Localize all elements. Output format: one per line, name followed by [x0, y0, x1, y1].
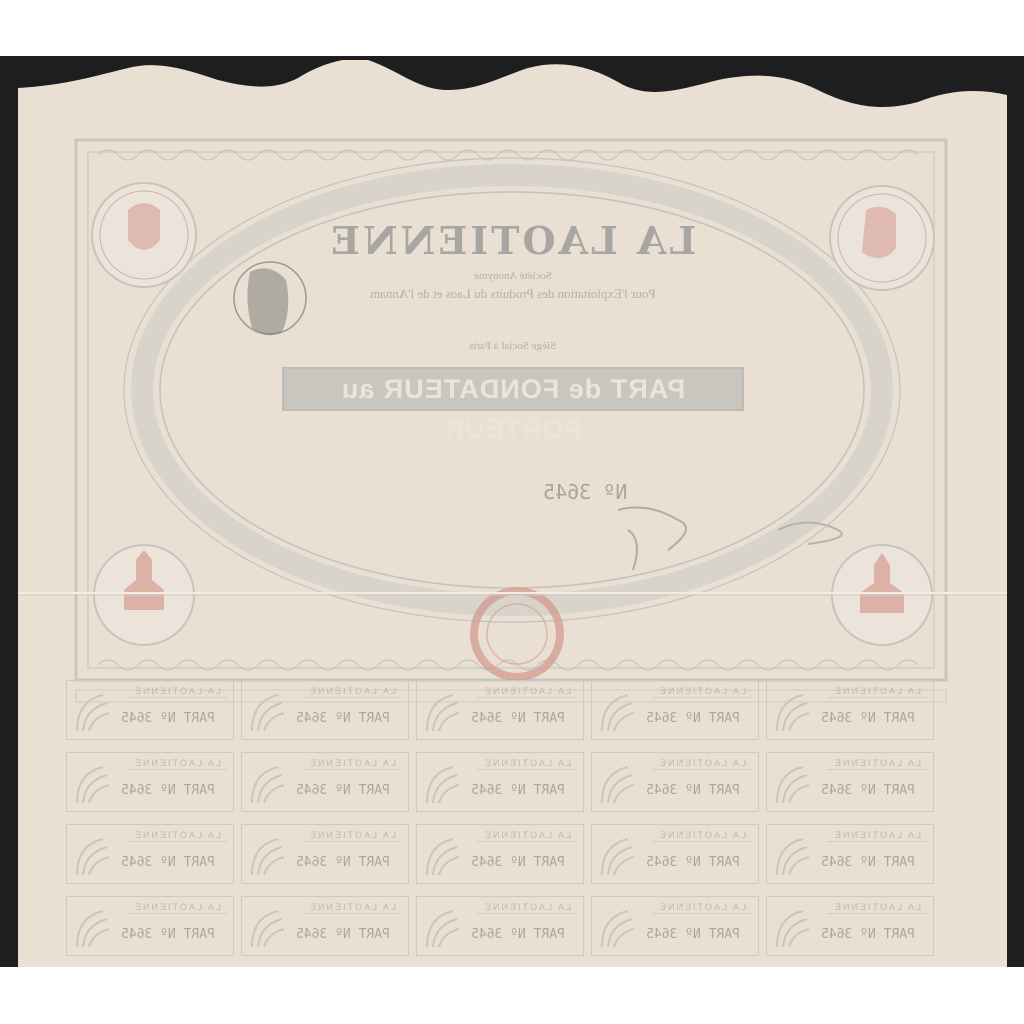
coupon: LA LAOTIENNEPART Nº 3645: [416, 824, 584, 884]
certificate-number: Nº 3645: [543, 480, 627, 504]
coupon-label: LA LAOTIENNE: [302, 829, 402, 842]
fleuron-icon: [248, 763, 288, 807]
fleuron-icon: [73, 691, 113, 735]
coupon-label: LA LAOTIENNE: [477, 901, 577, 914]
fleuron-icon: [248, 907, 288, 951]
coupon: LA LAOTIENNEPART Nº 3645: [66, 752, 234, 812]
fleuron-icon: [773, 691, 813, 735]
coupon-number: PART Nº 3645: [471, 855, 565, 870]
coupon: LA LAOTIENNEPART Nº 3645: [241, 896, 409, 956]
fleuron-icon: [423, 835, 463, 879]
coupon-label: LA LAOTIENNE: [652, 757, 752, 770]
fleuron-icon: [73, 907, 113, 951]
coupon-number: PART Nº 3645: [121, 927, 215, 942]
coupon: LA LAOTIENNEPART Nº 3645: [591, 752, 759, 812]
coupon-number: PART Nº 3645: [121, 855, 215, 870]
coupon-number: PART Nº 3645: [296, 711, 390, 726]
coupon-number: PART Nº 3645: [296, 783, 390, 798]
coupon-label: LA LAOTIENNE: [652, 685, 752, 698]
coupon-label: LA LAOTIENNE: [652, 901, 752, 914]
coupon-label: LA LAOTIENNE: [827, 901, 927, 914]
coupon-number: PART Nº 3645: [821, 711, 915, 726]
coupon-label: LA LAOTIENNE: [652, 829, 752, 842]
fleuron-icon: [598, 907, 638, 951]
coupon-label: LA LAOTIENNE: [302, 757, 402, 770]
coupon-number: PART Nº 3645: [646, 855, 740, 870]
coupon-label: LA LAOTIENNE: [302, 685, 402, 698]
coupon-label: LA LAOTIENNE: [827, 829, 927, 842]
fleuron-icon: [423, 763, 463, 807]
company-title: LA LAOTIENNE: [18, 218, 1007, 263]
coupon-label: LA LAOTIENNE: [127, 757, 227, 770]
fleuron-icon: [423, 907, 463, 951]
fleuron-icon: [773, 907, 813, 951]
coupon-number: PART Nº 3645: [646, 927, 740, 942]
certificate-paper: LA LAOTIENNE Société Anonyme Pour l'Expl…: [18, 60, 1007, 967]
coupon: LA LAOTIENNEPART Nº 3645: [766, 896, 934, 956]
coupon-number: PART Nº 3645: [471, 711, 565, 726]
coupon: LA LAOTIENNEPART Nº 3645: [241, 680, 409, 740]
company-form: Société Anonyme: [18, 270, 1007, 282]
coupon-label: LA LAOTIENNE: [302, 901, 402, 914]
coupon-number: PART Nº 3645: [821, 855, 915, 870]
coupon: LA LAOTIENNEPART Nº 3645: [591, 824, 759, 884]
coupon-label: LA LAOTIENNE: [477, 685, 577, 698]
fleuron-icon: [598, 763, 638, 807]
coupon-number: PART Nº 3645: [821, 783, 915, 798]
coupon: LA LAOTIENNEPART Nº 3645: [766, 680, 934, 740]
coupon-number: PART Nº 3645: [471, 783, 565, 798]
fleuron-icon: [73, 763, 113, 807]
coupon: LA LAOTIENNEPART Nº 3645: [591, 680, 759, 740]
coupon: LA LAOTIENNEPART Nº 3645: [66, 896, 234, 956]
coupon-label: LA LAOTIENNE: [827, 685, 927, 698]
coupon: LA LAOTIENNEPART Nº 3645: [416, 896, 584, 956]
coupon: LA LAOTIENNEPART Nº 3645: [241, 752, 409, 812]
coupon: LA LAOTIENNEPART Nº 3645: [591, 896, 759, 956]
fleuron-icon: [248, 835, 288, 879]
coupon: LA LAOTIENNEPART Nº 3645: [416, 752, 584, 812]
coupon-number: PART Nº 3645: [296, 927, 390, 942]
fleuron-icon: [773, 835, 813, 879]
fleuron-icon: [773, 763, 813, 807]
coupon-label: LA LAOTIENNE: [477, 829, 577, 842]
coupon-number: PART Nº 3645: [821, 927, 915, 942]
coupon: LA LAOTIENNEPART Nº 3645: [766, 824, 934, 884]
coupon-number: PART Nº 3645: [646, 711, 740, 726]
fleuron-icon: [73, 835, 113, 879]
coupon-label: LA LAOTIENNE: [127, 829, 227, 842]
coupon: LA LAOTIENNEPART Nº 3645: [241, 824, 409, 884]
coupon-number: PART Nº 3645: [121, 783, 215, 798]
coupon-number: PART Nº 3645: [296, 855, 390, 870]
coupon-label: LA LAOTIENNE: [827, 757, 927, 770]
coupon: LA LAOTIENNEPART Nº 3645: [416, 680, 584, 740]
fleuron-icon: [598, 835, 638, 879]
coupon-number: PART Nº 3645: [646, 783, 740, 798]
seat-line: Siège Social à Paris: [18, 340, 1007, 352]
coupon: LA LAOTIENNEPART Nº 3645: [766, 752, 934, 812]
coupon: LA LAOTIENNEPART Nº 3645: [66, 824, 234, 884]
coupon-number: PART Nº 3645: [121, 711, 215, 726]
fleuron-icon: [248, 691, 288, 735]
coupon-number: PART Nº 3645: [471, 927, 565, 942]
share-type-banner: PART de FONDATEUR au PORTEUR: [282, 367, 744, 411]
coupon: LA LAOTIENNEPART Nº 3645: [66, 680, 234, 740]
purpose-line: Pour l'Exploitation des Produits du Laos…: [18, 286, 1007, 302]
fleuron-icon: [598, 691, 638, 735]
coupon-label: LA LAOTIENNE: [127, 901, 227, 914]
coupon-label: LA LAOTIENNE: [477, 757, 577, 770]
fleuron-icon: [423, 691, 463, 735]
coupon-label: LA LAOTIENNE: [127, 685, 227, 698]
